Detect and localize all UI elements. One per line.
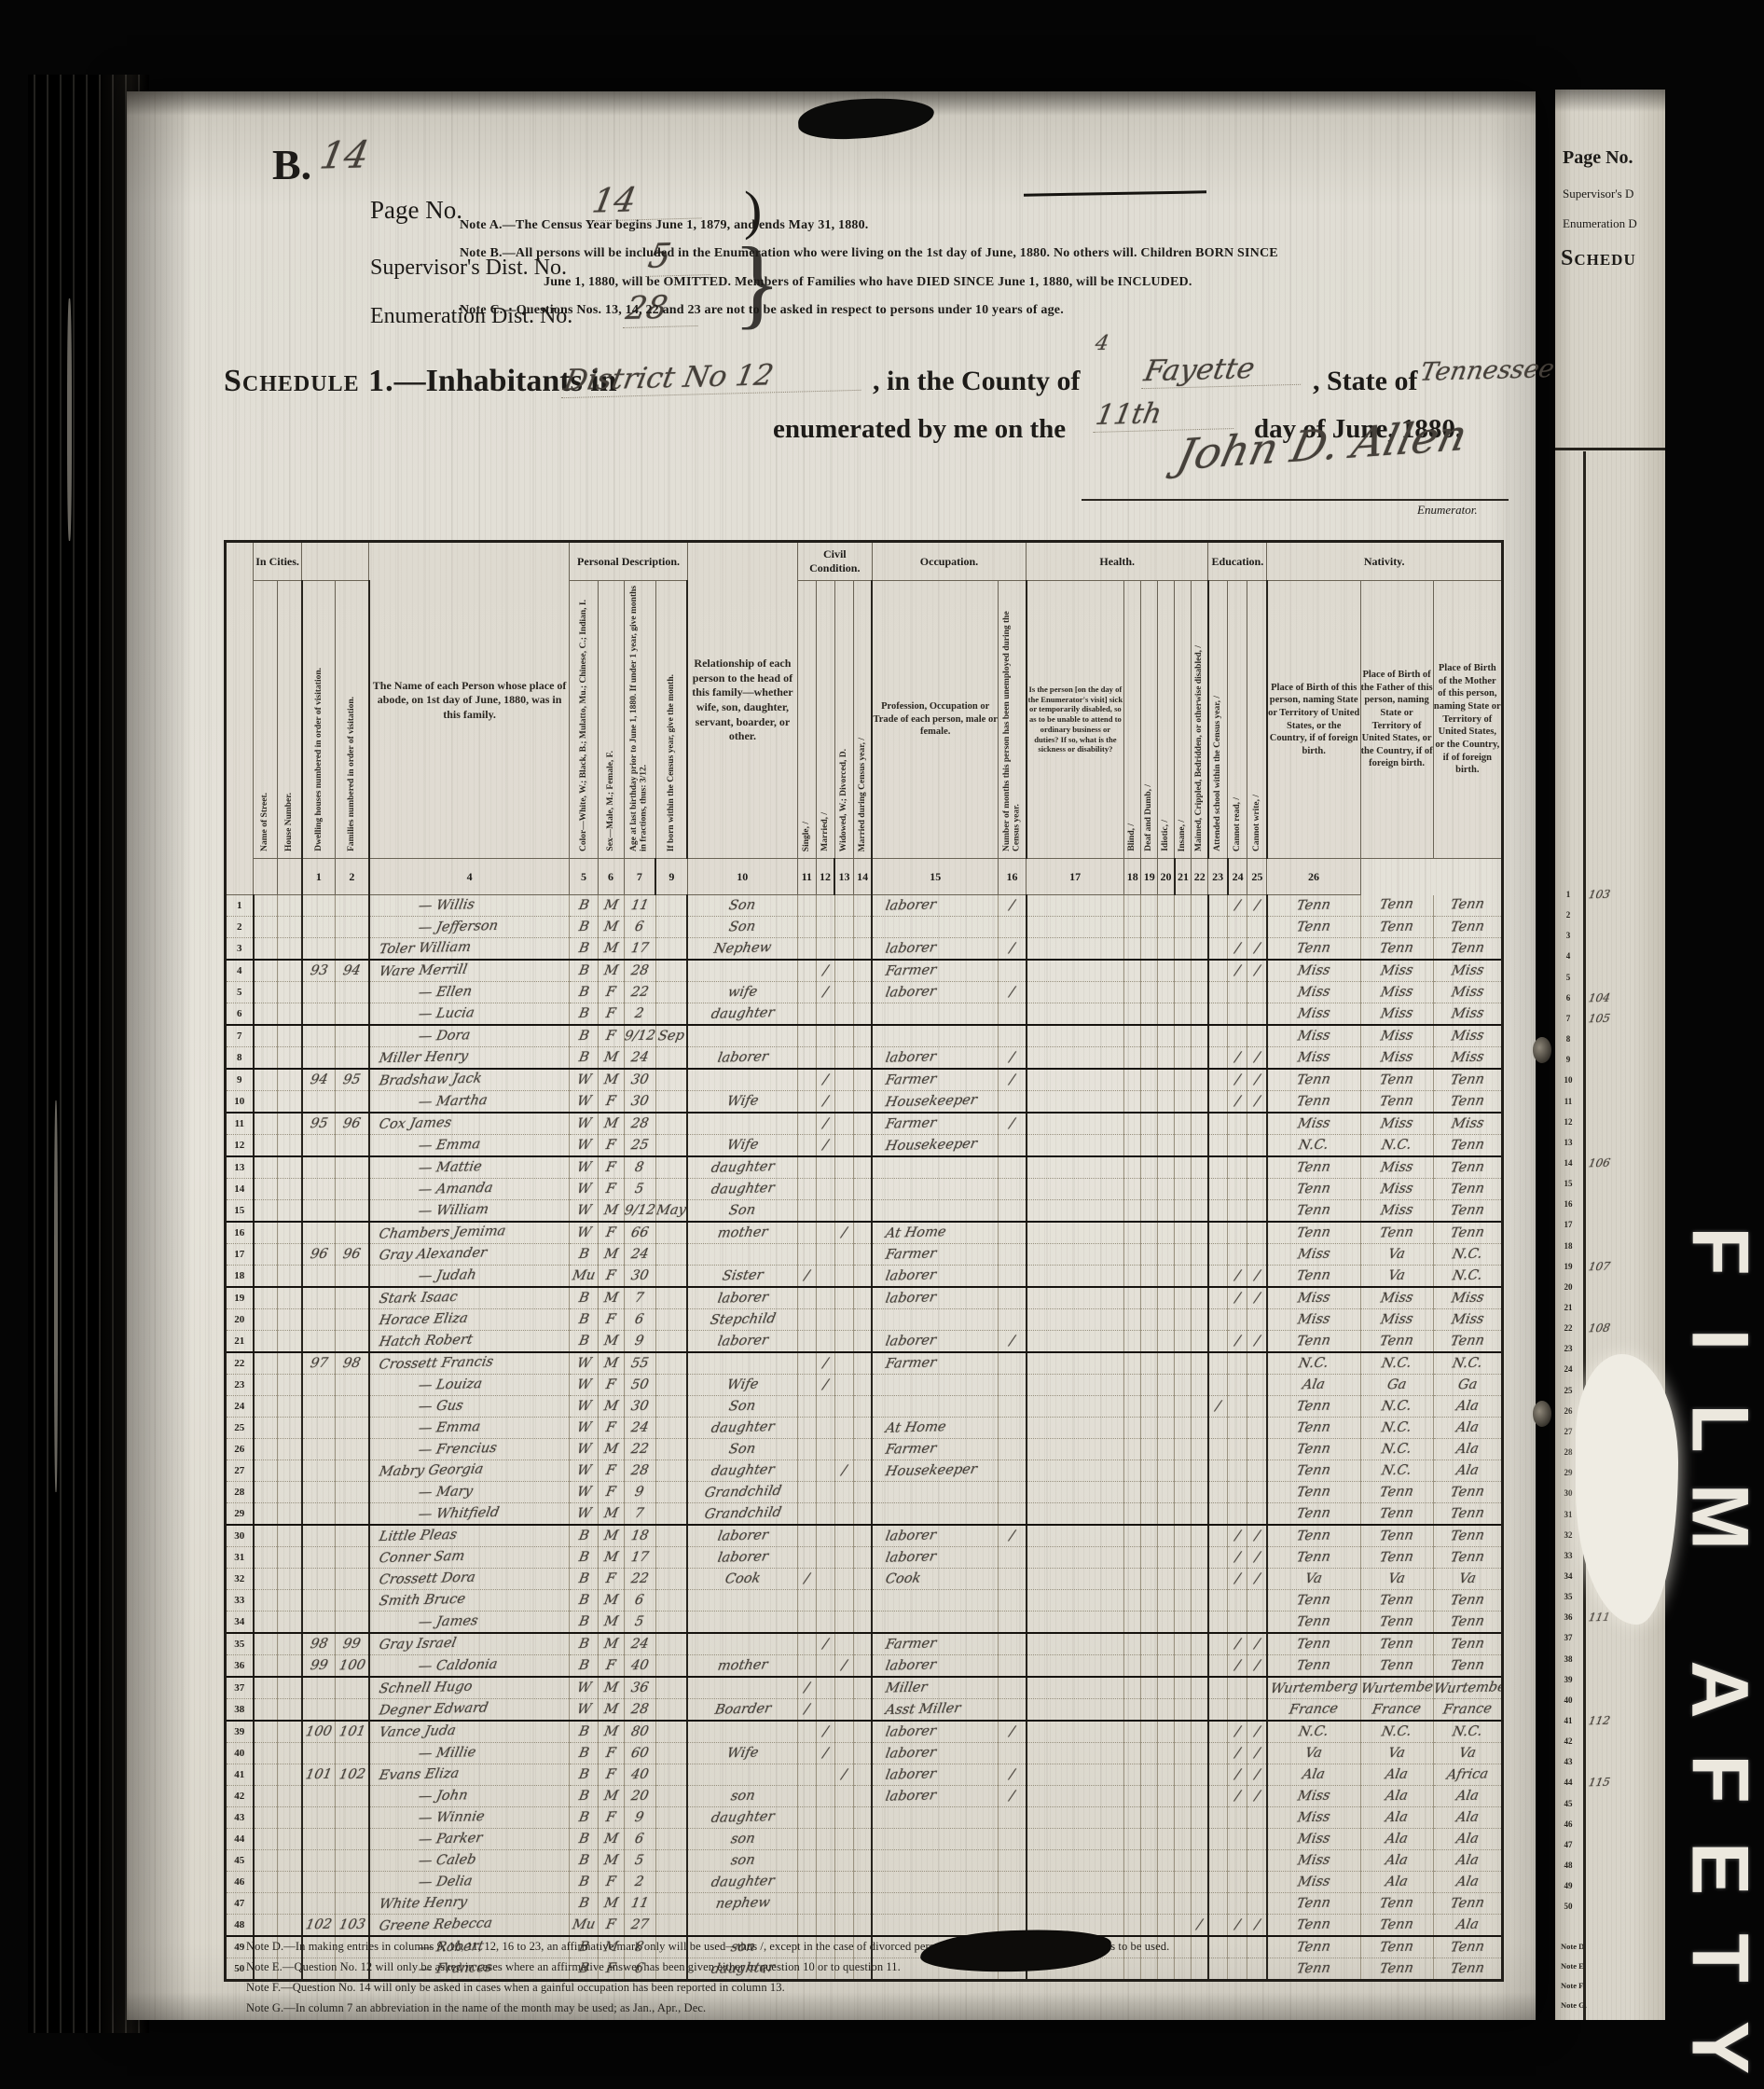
cell-b19 — [1175, 1850, 1192, 1872]
cell-rel — [687, 1721, 797, 1743]
handwritten-entry: N.C. — [1381, 1441, 1413, 1457]
group-header — [302, 542, 369, 581]
row-number: 39 — [226, 1721, 254, 1743]
cell-b17 — [1141, 1135, 1158, 1157]
cell-a: 7 — [624, 1503, 655, 1526]
cell-s: F — [598, 1025, 624, 1047]
handwritten-entry: — Mattie — [417, 1159, 483, 1176]
cell-mb: Tenn — [1433, 1156, 1502, 1179]
cell-b20 — [1192, 1179, 1208, 1200]
cell-m9 — [797, 1807, 816, 1829]
handwritten-entry: Evans Eliza — [378, 1765, 460, 1782]
cell-a: 28 — [624, 1113, 655, 1135]
cell-sick — [1027, 895, 1124, 917]
cell-rd: / — [1228, 1915, 1247, 1937]
cell-un — [999, 1829, 1027, 1850]
district-value: District No 12 — [561, 356, 868, 398]
cell-fb: Miss — [1360, 1025, 1433, 1047]
cell-b20 — [1192, 982, 1208, 1003]
cell-mb: Ga — [1433, 1375, 1502, 1396]
header-num-20: 20 — [1158, 859, 1175, 895]
cell-c: W — [570, 1460, 598, 1482]
handwritten-entry: / — [1253, 1549, 1261, 1564]
cell-occ: Farmer — [872, 1069, 998, 1091]
handwritten-entry: B — [577, 1592, 590, 1607]
cell-mb: Ala — [1433, 1850, 1502, 1872]
cell-c: W — [570, 1396, 598, 1418]
row-number: 19 — [226, 1287, 254, 1309]
handwritten-entry: laborer — [885, 940, 938, 956]
handwritten-entry: Gray Israel — [378, 1635, 457, 1652]
handwritten-entry: Miss — [1379, 1049, 1414, 1065]
handwritten-entry: Asst Miller — [885, 1700, 962, 1717]
cell-b16 — [1124, 1287, 1141, 1309]
cell-s: M — [598, 960, 624, 982]
cell-m10 — [816, 1156, 834, 1179]
cell-fam — [336, 1309, 369, 1331]
cell-bp: N.C. — [1267, 1352, 1360, 1375]
cell-m12 — [853, 1375, 872, 1396]
cell-m10: / — [816, 960, 834, 982]
handwritten-entry: daughter — [710, 1181, 776, 1197]
cell-name: Gray Israel — [369, 1633, 570, 1655]
cell-sch — [1208, 1156, 1228, 1179]
cell-hn — [278, 1113, 302, 1135]
header-num-7: 7 — [624, 859, 655, 895]
handwritten-entry: — James — [417, 1613, 479, 1630]
cell-m11 — [834, 1025, 853, 1047]
header-col-2: Families numbered in order of visitation… — [336, 581, 369, 859]
handwritten-entry: 6 — [634, 1831, 645, 1846]
cell-m11 — [834, 1266, 853, 1288]
cell-m11 — [834, 1439, 853, 1460]
handwritten-entry: 94 — [342, 962, 363, 977]
cell-m10 — [816, 1331, 834, 1353]
cell-b16 — [1124, 895, 1141, 917]
cell-name: Degner Edward — [369, 1699, 570, 1722]
table-row: 12— EmmaWF25Wife/HousekeeperN.C.N.C.Tenn — [226, 1135, 1503, 1157]
cell-fam — [336, 1482, 369, 1503]
cell-s: F — [598, 1764, 624, 1786]
cell-hn — [278, 1482, 302, 1503]
film-edge-letter: I — [1674, 1295, 1764, 1385]
sliver-handwritten-number: 108 — [1588, 1321, 1612, 1335]
group-header: Health. — [1027, 542, 1208, 581]
cell-s: M — [598, 1547, 624, 1569]
cell-hn — [278, 1244, 302, 1266]
handwritten-entry: Tenn — [1379, 897, 1415, 913]
cell-bp: Miss — [1267, 1113, 1360, 1135]
cell-fb: Tenn — [1360, 1655, 1433, 1678]
handwritten-entry: — Ellen — [417, 984, 473, 1000]
cell-m10 — [816, 1655, 834, 1678]
cell-wr — [1247, 1460, 1267, 1482]
cell-b18 — [1158, 1612, 1175, 1634]
cell-sick — [1027, 1850, 1124, 1872]
handwritten-entry: B — [577, 1005, 590, 1020]
cell-rel: Stepchild — [687, 1309, 797, 1331]
cell-b18 — [1158, 960, 1175, 982]
cell-dw: 96 — [302, 1244, 336, 1266]
cell-m11: / — [834, 1460, 853, 1482]
cell-mb: Tenn — [1433, 1222, 1502, 1244]
handwritten-entry: Miss — [1379, 962, 1414, 978]
cell-m9 — [797, 1091, 816, 1114]
cell-wr — [1247, 1807, 1267, 1829]
handwritten-entry: Tenn — [1296, 1960, 1332, 1976]
cell-st — [254, 1287, 278, 1309]
cell-mo — [655, 1460, 687, 1482]
cell-bp: Miss — [1267, 960, 1360, 982]
cell-name: — James — [369, 1612, 570, 1634]
cell-st — [254, 1047, 278, 1070]
cell-a: 24 — [624, 1418, 655, 1439]
header-col-12: Married during Census year, / — [853, 581, 872, 859]
handwritten-entry: Tenn — [1379, 1333, 1415, 1349]
handwritten-entry: / — [1253, 962, 1261, 977]
cell-c: B — [570, 1331, 598, 1353]
cell-m12 — [853, 1721, 872, 1743]
sliver-row-number: 10 — [1557, 1075, 1579, 1085]
cell-m12 — [853, 1135, 872, 1157]
cell-b17 — [1141, 1047, 1158, 1070]
county-label: , in the County of — [873, 366, 1081, 397]
row-number: 23 — [226, 1375, 254, 1396]
cell-un — [999, 1179, 1027, 1200]
cell-s: F — [598, 1569, 624, 1590]
cell-m10: / — [816, 1375, 834, 1396]
handwritten-entry: Tenn — [1379, 1549, 1415, 1565]
header-label: Attended school within the Census year, … — [1213, 694, 1223, 853]
cell-name: — Emma — [369, 1135, 570, 1157]
handwritten-entry: Ala — [1385, 1852, 1410, 1868]
cell-b20 — [1192, 1743, 1208, 1764]
handwritten-entry: M — [602, 1592, 619, 1607]
handwritten-entry: B — [577, 1745, 590, 1760]
cell-a: 17 — [624, 938, 655, 961]
cell-fb: Miss — [1360, 1047, 1433, 1070]
cell-sch — [1208, 1699, 1228, 1722]
cell-occ — [872, 917, 998, 938]
header-num-1: 1 — [302, 859, 336, 895]
handwritten-entry: B — [577, 1613, 590, 1628]
cell-a: 40 — [624, 1655, 655, 1678]
cell-rd — [1228, 1200, 1247, 1223]
cell-fb: France — [1360, 1699, 1433, 1722]
handwritten-entry: Gray Alexander — [378, 1245, 488, 1263]
cell-wr: / — [1247, 1047, 1267, 1070]
cell-b17 — [1141, 1764, 1158, 1786]
cell-wr — [1247, 1872, 1267, 1893]
cell-m9 — [797, 1460, 816, 1482]
cell-dw — [302, 1287, 336, 1309]
cell-a: 24 — [624, 1633, 655, 1655]
footer-note-e: Note E.—Question No. 12 will only be ask… — [246, 1960, 901, 1974]
cell-b18 — [1158, 1915, 1175, 1937]
cell-b19 — [1175, 1482, 1192, 1503]
cell-dw: 98 — [302, 1633, 336, 1655]
cell-mb: Miss — [1433, 1003, 1502, 1026]
handwritten-entry: F — [604, 1005, 616, 1020]
handwritten-entry: Cook — [885, 1570, 923, 1586]
cell-b17 — [1141, 1590, 1158, 1612]
cell-occ: Farmer — [872, 1633, 998, 1655]
cell-a: 28 — [624, 960, 655, 982]
cell-rel: laborer — [687, 1047, 797, 1070]
cell-b18 — [1158, 1222, 1175, 1244]
cell-mo — [655, 1309, 687, 1331]
sliver-row-number: 5 — [1557, 973, 1579, 982]
cell-rel: daughter — [687, 1807, 797, 1829]
group-header: Nativity. — [1267, 542, 1503, 581]
cell-b18 — [1158, 982, 1175, 1003]
page-no-value: 14 — [589, 179, 709, 221]
cell-bp: France — [1267, 1699, 1360, 1722]
cell-un — [999, 1091, 1027, 1114]
cell-m10: / — [816, 1352, 834, 1375]
cell-wr: / — [1247, 1331, 1267, 1353]
handwritten-entry: laborer — [885, 1549, 938, 1565]
cell-sick — [1027, 1547, 1124, 1569]
handwritten-entry: Miss — [1450, 1290, 1485, 1306]
cell-b20 — [1192, 1266, 1208, 1288]
cell-wr: / — [1247, 1655, 1267, 1678]
cell-b19 — [1175, 1699, 1192, 1722]
cell-s: F — [598, 1743, 624, 1764]
cell-m11 — [834, 1375, 853, 1396]
cell-mo — [655, 1699, 687, 1722]
cell-b20 — [1192, 1200, 1208, 1223]
cell-sick — [1027, 1091, 1124, 1114]
handwritten-entry: F — [604, 1137, 616, 1152]
cell-m11 — [834, 1525, 853, 1547]
cell-rd: / — [1228, 1091, 1247, 1114]
cell-rd — [1228, 1135, 1247, 1157]
handwritten-entry: B — [577, 1895, 590, 1910]
cell-b17 — [1141, 1003, 1158, 1026]
header-col-22: Cannot read, / — [1228, 581, 1247, 859]
cell-rd: / — [1228, 1655, 1247, 1678]
cell-st — [254, 1222, 278, 1244]
cell-fb: Ala — [1360, 1872, 1433, 1893]
cell-un — [999, 1439, 1027, 1460]
cell-fb: Miss — [1360, 1179, 1433, 1200]
cell-m11 — [834, 1633, 853, 1655]
handwritten-entry: 8 — [634, 1159, 645, 1174]
cell-sch — [1208, 917, 1228, 938]
cell-sch — [1208, 1569, 1228, 1590]
cell-s: M — [598, 1612, 624, 1634]
cell-b20 — [1192, 960, 1208, 982]
cell-b18 — [1158, 1721, 1175, 1743]
cell-c: B — [570, 1872, 598, 1893]
cell-s: M — [598, 1047, 624, 1070]
handwritten-entry: 102 — [338, 1766, 366, 1782]
cell-sick — [1027, 1025, 1124, 1047]
cell-sch — [1208, 1439, 1228, 1460]
cell-mb: Ala — [1433, 1439, 1502, 1460]
cell-st — [254, 1418, 278, 1439]
cell-m10 — [816, 1222, 834, 1244]
cell-b17 — [1141, 895, 1158, 917]
cell-hn — [278, 1569, 302, 1590]
handwritten-entry: laborer — [885, 1267, 938, 1283]
cell-sch — [1208, 1786, 1228, 1807]
cell-sick — [1027, 1069, 1124, 1091]
cell-bp: Tenn — [1267, 1222, 1360, 1244]
cell-sch — [1208, 1743, 1228, 1764]
sliver-row-number: 11 — [1557, 1097, 1579, 1106]
header-label: Number of months this person has been un… — [1002, 581, 1022, 853]
cell-occ — [872, 1612, 998, 1634]
cell-a: 7 — [624, 1287, 655, 1309]
cell-b20 — [1192, 1633, 1208, 1655]
cell-a: 60 — [624, 1743, 655, 1764]
header-label: Families numbered in order of visitation… — [347, 695, 357, 853]
cell-mb: France — [1433, 1699, 1502, 1722]
footer-note-f: Note F.—Question No. 14 will only be ask… — [246, 1981, 785, 1995]
cell-name: Vance Juda — [369, 1721, 570, 1743]
cell-m9 — [797, 1309, 816, 1331]
cell-fam — [336, 1396, 369, 1418]
cell-hn — [278, 1503, 302, 1526]
cell-st — [254, 1893, 278, 1915]
cell-dw — [302, 1743, 336, 1764]
handwritten-entry: Cook — [724, 1570, 762, 1586]
cell-m12 — [853, 1266, 872, 1288]
cell-b18 — [1158, 1331, 1175, 1353]
cell-b18 — [1158, 1590, 1175, 1612]
cell-un — [999, 1396, 1027, 1418]
handwritten-entry: M — [602, 1398, 619, 1413]
table-row: 229798Crossett FrancisWM55/FarmerN.C.N.C… — [226, 1352, 1503, 1375]
handwritten-entry: F — [604, 1181, 616, 1196]
cell-hn — [278, 1309, 302, 1331]
cell-occ: Housekeeper — [872, 1091, 998, 1114]
cell-a: 66 — [624, 1222, 655, 1244]
handwritten-entry: Tenn — [1296, 1441, 1332, 1457]
cell-wr — [1247, 1135, 1267, 1157]
table-row: 19Stark IsaacBM7laborerlaborer//MissMiss… — [226, 1287, 1503, 1309]
row-number: 40 — [226, 1743, 254, 1764]
cell-m10: / — [816, 1069, 834, 1091]
cell-b20 — [1192, 1850, 1208, 1872]
cell-b19 — [1175, 1287, 1192, 1309]
cell-fb: Ala — [1360, 1807, 1433, 1829]
row-number: 22 — [226, 1352, 254, 1375]
cell-mb: Ala — [1433, 1460, 1502, 1482]
handwritten-entry: / — [1233, 1723, 1241, 1738]
cell-occ: laborer — [872, 1547, 998, 1569]
handwritten-entry: Va — [1387, 1267, 1407, 1282]
handwritten-entry: B — [577, 1246, 590, 1261]
header-num-5: 5 — [570, 859, 598, 895]
cell-s: M — [598, 1244, 624, 1266]
cell-st — [254, 1352, 278, 1375]
handwritten-entry: Wife — [725, 1093, 759, 1109]
sliver-enumeration: Enumeration D — [1563, 216, 1637, 231]
cell-b20 — [1192, 1786, 1208, 1807]
cell-c: B — [570, 1850, 598, 1872]
handwritten-entry: F — [604, 1159, 616, 1174]
handwritten-entry: / — [1253, 1570, 1261, 1585]
handwritten-entry: son — [729, 1852, 756, 1868]
cell-fb: Miss — [1360, 960, 1433, 982]
cell-c: W — [570, 1156, 598, 1179]
cell-sick — [1027, 1590, 1124, 1612]
handwritten-entry: 6 — [634, 1592, 645, 1607]
cell-b16 — [1124, 1915, 1141, 1937]
cell-b19 — [1175, 1590, 1192, 1612]
cell-st — [254, 1069, 278, 1091]
cell-name: — John — [369, 1786, 570, 1807]
cell-hn — [278, 1287, 302, 1309]
cell-b18 — [1158, 1091, 1175, 1114]
cell-b20 — [1192, 1482, 1208, 1503]
handwritten-entry: / — [1253, 940, 1261, 955]
cell-bp: Tenn — [1267, 1936, 1360, 1958]
handwritten-entry: Tenn — [1296, 1267, 1332, 1283]
cell-b19 — [1175, 1135, 1192, 1157]
cell-b17 — [1141, 1850, 1158, 1872]
cell-bp: Miss — [1267, 1287, 1360, 1309]
cell-fam — [336, 982, 369, 1003]
row-number: 7 — [226, 1025, 254, 1047]
cell-name: — Judah — [369, 1266, 570, 1288]
cell-occ — [872, 1503, 998, 1526]
cell-b16 — [1124, 1396, 1141, 1418]
handwritten-entry: Tenn — [1296, 1224, 1332, 1240]
cell-un — [999, 1460, 1027, 1482]
cell-m10: / — [816, 1721, 834, 1743]
handwritten-entry: Miss — [1379, 1181, 1414, 1197]
cell-b18 — [1158, 1655, 1175, 1678]
cell-b16 — [1124, 1872, 1141, 1893]
cell-sch — [1208, 1025, 1228, 1047]
cell-fam — [336, 1418, 369, 1439]
cell-sick — [1027, 1655, 1124, 1678]
cell-st — [254, 1396, 278, 1418]
sliver-handwritten-number: 107 — [1588, 1259, 1612, 1273]
cell-fam — [336, 1135, 369, 1157]
cell-b18 — [1158, 1872, 1175, 1893]
cell-st — [254, 1850, 278, 1872]
handwritten-entry: N.C. — [1451, 1246, 1483, 1262]
handwritten-entry: laborer — [716, 1528, 769, 1543]
cell-fb: Va — [1360, 1743, 1433, 1764]
cell-mo — [655, 1872, 687, 1893]
cell-st — [254, 1590, 278, 1612]
cell-wr — [1247, 1309, 1267, 1331]
cell-b20 — [1192, 1872, 1208, 1893]
table-row: 3699100— CaldoniaBF40mother/laborer//Ten… — [226, 1655, 1503, 1678]
cell-occ: laborer — [872, 1331, 998, 1353]
handwritten-entry: / — [821, 1723, 829, 1738]
cell-fb: Tenn — [1360, 1612, 1433, 1634]
cell-bp: Tenn — [1267, 1958, 1360, 1981]
cell-b20 — [1192, 1590, 1208, 1612]
cell-name: — Louiza — [369, 1375, 570, 1396]
handwritten-entry: 18 — [629, 1528, 650, 1543]
cell-m9 — [797, 1113, 816, 1135]
cell-wr — [1247, 1590, 1267, 1612]
cell-bp: Tenn — [1267, 1156, 1360, 1179]
cell-b17 — [1141, 1525, 1158, 1547]
cell-bp: N.C. — [1267, 1135, 1360, 1157]
cell-sick — [1027, 1786, 1124, 1807]
cell-mb: N.C. — [1433, 1266, 1502, 1288]
handwritten-entry: Tenn — [1296, 1093, 1332, 1109]
